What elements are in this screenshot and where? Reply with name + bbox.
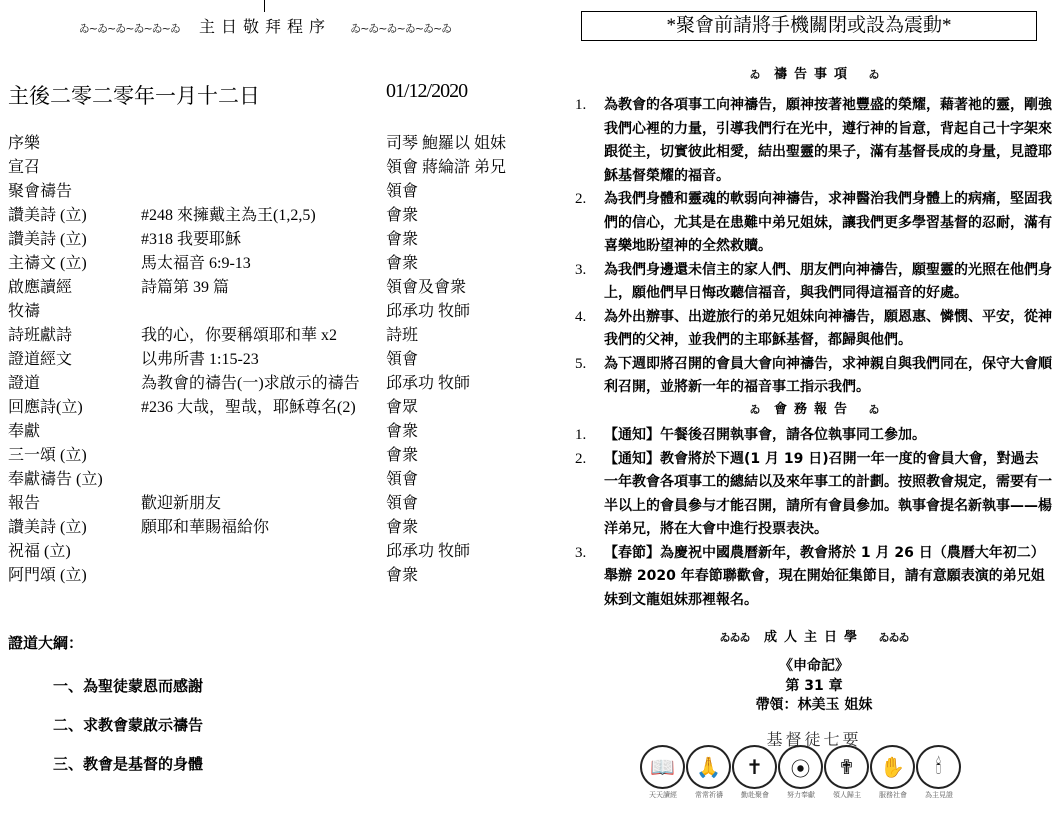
list-item: 3.【春節】為慶祝中國農曆新年，教會將於 1 月 26 日（農曆大年初二）舉辦 … xyxy=(572,542,1052,613)
program-item: 回應詩(立) xyxy=(8,396,83,420)
seven-essentials-labels: 天天讀經常常祈禱勤赴聚會努力奉獻領人歸主服務社會為主見證 xyxy=(640,790,962,800)
program-person: 會眾 xyxy=(386,396,418,420)
announcements-section-title: ゐ 會務報告 ゐ xyxy=(570,398,1058,417)
phone-notice-box: *聚會前請將手機關閉或設為震動* xyxy=(581,11,1037,41)
program-item: 宣召 xyxy=(8,156,40,180)
program-person: 詩班 xyxy=(386,324,418,348)
essential-label: 天天讀經 xyxy=(640,790,686,800)
witness-candle-icon: 🕯 xyxy=(916,745,961,789)
program-row: 序樂司琴 鮑羅以 姐妹 xyxy=(8,132,538,156)
essential-label: 領人歸主 xyxy=(824,790,870,800)
essential-label: 常常祈禱 xyxy=(686,790,732,800)
list-item-text: 為我們身體和靈魂的軟弱向神禱告，求神醫治我們身體上的病痛，堅固我們的信心，尤其是… xyxy=(604,191,1052,254)
program-item: 祝福 (立) xyxy=(8,540,71,564)
list-item: 2.【通知】教會將於下週(1 月 19 日)召開一年一度的會員大會，對過去一年教… xyxy=(572,448,1052,542)
program-row: 證道為教會的禱告(一)求啟示的禱告邱承功 牧師 xyxy=(8,372,538,396)
program-item: 報告 xyxy=(8,492,40,516)
ornament-icon: ゐゐゐ xyxy=(879,631,909,644)
program-row: 啟應讀經詩篇第 39 篇領會及會衆 xyxy=(8,276,538,300)
prayer-section-title: ゐ 禱告事項 ゐ xyxy=(570,63,1058,82)
date-numeric: 01/12/2020 xyxy=(386,80,467,103)
program-item: 奉獻 xyxy=(8,420,40,444)
essential-label: 努力奉獻 xyxy=(778,790,824,800)
ornament-icon: ゐ xyxy=(869,68,879,81)
list-item-number: 1. xyxy=(575,424,586,448)
program-row: 回應詩(立)#236 大哉，聖哉，耶穌尊名(2)會眾 xyxy=(8,396,538,420)
program-item: 牧禱 xyxy=(8,300,40,324)
list-item: 1.【通知】午餐後召開執事會，請各位執事同工參加。 xyxy=(572,424,1052,448)
program-content: #236 大哉，聖哉，耶穌尊名(2) xyxy=(141,396,356,420)
sermon-outline-title: 證道大綱： xyxy=(8,632,83,653)
program-person: 會衆 xyxy=(386,252,418,276)
list-item-number: 2. xyxy=(575,448,586,472)
program-person: 邱承功 牧師 xyxy=(386,540,470,564)
program-row: 牧禱邱承功 牧師 xyxy=(8,300,538,324)
ornament-icon: ゐ xyxy=(749,68,759,81)
date-chinese: 主後二零二零年一月十二日 xyxy=(8,80,260,110)
worship-order-header: ゐ~ゐ~ゐ~ゐ~ゐ~ゐ 主日敬拜程序 ゐ~ゐ~ゐ~ゐ~ゐ~ゐ xyxy=(0,14,530,37)
program-item: 阿門頌 (立) xyxy=(8,564,87,588)
list-item-number: 2. xyxy=(575,188,586,212)
list-item-number: 4. xyxy=(575,306,586,330)
worship-program: 序樂司琴 鮑羅以 姐妹宣召領會 蔣綸滸 弟兄聚會禱告領會讚美詩 (立)#248 … xyxy=(8,132,538,588)
announcements-title-text: 會務報告 xyxy=(774,402,854,417)
program-item: 聚會禱告 xyxy=(8,180,72,204)
program-row: 三一頌 (立)會衆 xyxy=(8,444,538,468)
program-content: 為教會的禱告(一)求啟示的禱告 xyxy=(141,372,360,396)
program-person: 會衆 xyxy=(386,516,418,540)
worship-order-title: 主日敬拜程序 xyxy=(199,17,331,36)
prayer-title-text: 禱告事項 xyxy=(774,67,854,82)
program-person: 會衆 xyxy=(386,564,418,588)
sunday-school-book: 《申命記》 xyxy=(570,655,1058,675)
sunday-school-leader: 帶領：林美玉 姐妹 xyxy=(570,694,1058,714)
program-item: 主禱文 (立) xyxy=(8,252,87,276)
program-row: 阿門頌 (立)會衆 xyxy=(8,564,538,588)
list-item-text: 為我們身邊還未信主的家人們、朋友們向神禱告，願聖靈的光照在他們身上，願他們早日悔… xyxy=(604,262,1052,302)
essential-label: 勤赴聚會 xyxy=(732,790,778,800)
list-item-number: 5. xyxy=(575,353,586,377)
ornament-icon: ゐ xyxy=(749,403,759,416)
sermon-outline-point: 一、為聖徒蒙恩而感謝 xyxy=(53,675,203,696)
essential-label: 為主見證 xyxy=(916,790,962,800)
evangelism-icon: ✟ xyxy=(824,745,869,789)
list-item-text: 【通知】午餐後召開執事會，請各位執事同工參加。 xyxy=(604,427,926,443)
sermon-outline-point: 三、教會是基督的身體 xyxy=(53,753,203,774)
list-item: 3.為我們身邊還未信主的家人們、朋友們向神禱告，願聖靈的光照在他們身上，願他們早… xyxy=(572,259,1052,306)
program-row: 祝福 (立)邱承功 牧師 xyxy=(8,540,538,564)
gathering-icon: ✝ xyxy=(732,745,777,789)
program-person: 領會及會衆 xyxy=(386,276,466,300)
program-content: 馬太福音 6:9-13 xyxy=(141,252,251,276)
program-content: 願耶和華賜福給你 xyxy=(141,516,269,540)
program-content: 詩篇第 39 篇 xyxy=(141,276,229,300)
program-row: 奉獻禱告 (立)領會 xyxy=(8,468,538,492)
sermon-outline-point: 二、求教會蒙啟示禱告 xyxy=(53,714,203,735)
list-item-text: 【春節】為慶祝中國農曆新年，教會將於 1 月 26 日（農曆大年初二）舉辦 20… xyxy=(604,545,1045,608)
program-item: 讚美詩 (立) xyxy=(8,228,87,252)
essential-label: 服務社會 xyxy=(870,790,916,800)
sunday-school-title-text: 成人主日學 xyxy=(764,630,864,645)
program-person: 邱承功 牧師 xyxy=(386,300,470,324)
ornament-left: ゐ~ゐ~ゐ~ゐ~ゐ~ゐ xyxy=(79,22,180,35)
announcements-list: 1.【通知】午餐後召開執事會，請各位執事同工參加。2.【通知】教會將於下週(1 … xyxy=(572,424,1052,612)
program-person: 會衆 xyxy=(386,444,418,468)
program-row: 宣召領會 蔣綸滸 弟兄 xyxy=(8,156,538,180)
list-item-text: 為教會的各項事工向神禱告，願神按著祂豐盛的榮耀，藉著祂的靈，剛強我們心裡的力量，… xyxy=(604,97,1052,184)
program-person: 領會 xyxy=(386,492,418,516)
program-row: 證道經文以弗所書 1:15-23領會 xyxy=(8,348,538,372)
program-item: 奉獻禱告 (立) xyxy=(8,468,103,492)
list-item-number: 1. xyxy=(575,94,586,118)
list-item: 4.為外出辦事、出遊旅行的弟兄姐妹向神禱告，願恩惠、憐憫、平安，從神我們的父神，… xyxy=(572,306,1052,353)
program-person: 會衆 xyxy=(386,204,418,228)
program-item: 證道經文 xyxy=(8,348,72,372)
program-person: 領會 xyxy=(386,468,418,492)
fold-mark xyxy=(264,0,265,12)
reading-bible-icon: 📖 xyxy=(640,745,685,789)
program-content: 我的心，你要稱頌耶和華 x2 xyxy=(141,324,337,348)
program-person: 司琴 鮑羅以 姐妹 xyxy=(386,132,506,156)
program-person: 會衆 xyxy=(386,228,418,252)
offering-icon: ⦿ xyxy=(778,745,823,789)
program-item: 讚美詩 (立) xyxy=(8,516,87,540)
ornament-right: ゐ~ゐ~ゐ~ゐ~ゐ~ゐ xyxy=(350,22,451,35)
program-item: 序樂 xyxy=(8,132,40,156)
list-item-text: 【通知】教會將於下週(1 月 19 日)召開一年一度的會員大會，對過去一年教會各… xyxy=(604,451,1052,538)
program-person: 邱承功 牧師 xyxy=(386,372,470,396)
program-row: 讚美詩 (立)願耶和華賜福給你會衆 xyxy=(8,516,538,540)
program-row: 聚會禱告領會 xyxy=(8,180,538,204)
program-item: 啟應讀經 xyxy=(8,276,72,300)
list-item: 5.為下週即將召開的會員大會向神禱告，求神親自與我們同在，保守大會順利召開，並將… xyxy=(572,353,1052,400)
ornament-icon: ゐ xyxy=(869,403,879,416)
program-row: 詩班獻詩我的心，你要稱頌耶和華 x2詩班 xyxy=(8,324,538,348)
program-row: 主禱文 (立)馬太福音 6:9-13會衆 xyxy=(8,252,538,276)
program-person: 領會 蔣綸滸 弟兄 xyxy=(386,156,506,180)
list-item: 1.為教會的各項事工向神禱告，願神按著祂豐盛的榮耀，藉著祂的靈，剛強我們心裡的力… xyxy=(572,94,1052,188)
list-item-number: 3. xyxy=(575,259,586,283)
sunday-school-title: ゐゐゐ 成人主日學 ゐゐゐ xyxy=(570,626,1058,645)
praying-icon: 🙏 xyxy=(686,745,731,789)
program-row: 讚美詩 (立)#318 我要耶穌會衆 xyxy=(8,228,538,252)
program-item: 三一頌 (立) xyxy=(8,444,87,468)
program-content: 以弗所書 1:15-23 xyxy=(141,348,259,372)
prayer-list: 1.為教會的各項事工向神禱告，願神按著祂豐盛的榮耀，藉著祂的靈，剛強我們心裡的力… xyxy=(572,94,1052,400)
list-item-text: 為下週即將召開的會員大會向神禱告，求神親自與我們同在，保守大會順利召開，並將新一… xyxy=(604,356,1052,396)
ornament-icon: ゐゐゐ xyxy=(719,631,749,644)
program-item: 證道 xyxy=(8,372,40,396)
list-item: 2.為我們身體和靈魂的軟弱向神禱告，求神醫治我們身體上的病痛，堅固我們的信心，尤… xyxy=(572,188,1052,259)
list-item-text: 為外出辦事、出遊旅行的弟兄姐妹向神禱告，願恩惠、憐憫、平安，從神我們的父神，並我… xyxy=(604,309,1052,349)
program-item: 詩班獻詩 xyxy=(8,324,72,348)
program-person: 領會 xyxy=(386,348,418,372)
program-content: 歡迎新朋友 xyxy=(141,492,221,516)
serving-icon: ✋ xyxy=(870,745,915,789)
program-item: 讚美詩 (立) xyxy=(8,204,87,228)
program-row: 奉獻會衆 xyxy=(8,420,538,444)
program-content: #318 我要耶穌 xyxy=(141,228,241,252)
program-person: 會衆 xyxy=(386,420,418,444)
sunday-school-chapter: 第 31 章 xyxy=(570,675,1058,695)
seven-essentials-icons: 📖🙏✝⦿✟✋🕯 xyxy=(640,745,962,787)
list-item-number: 3. xyxy=(575,542,586,566)
program-person: 領會 xyxy=(386,180,418,204)
program-content: #248 來擁戴主為王(1,2,5) xyxy=(141,204,316,228)
program-row: 讚美詩 (立)#248 來擁戴主為王(1,2,5)會衆 xyxy=(8,204,538,228)
program-row: 報告歡迎新朋友領會 xyxy=(8,492,538,516)
